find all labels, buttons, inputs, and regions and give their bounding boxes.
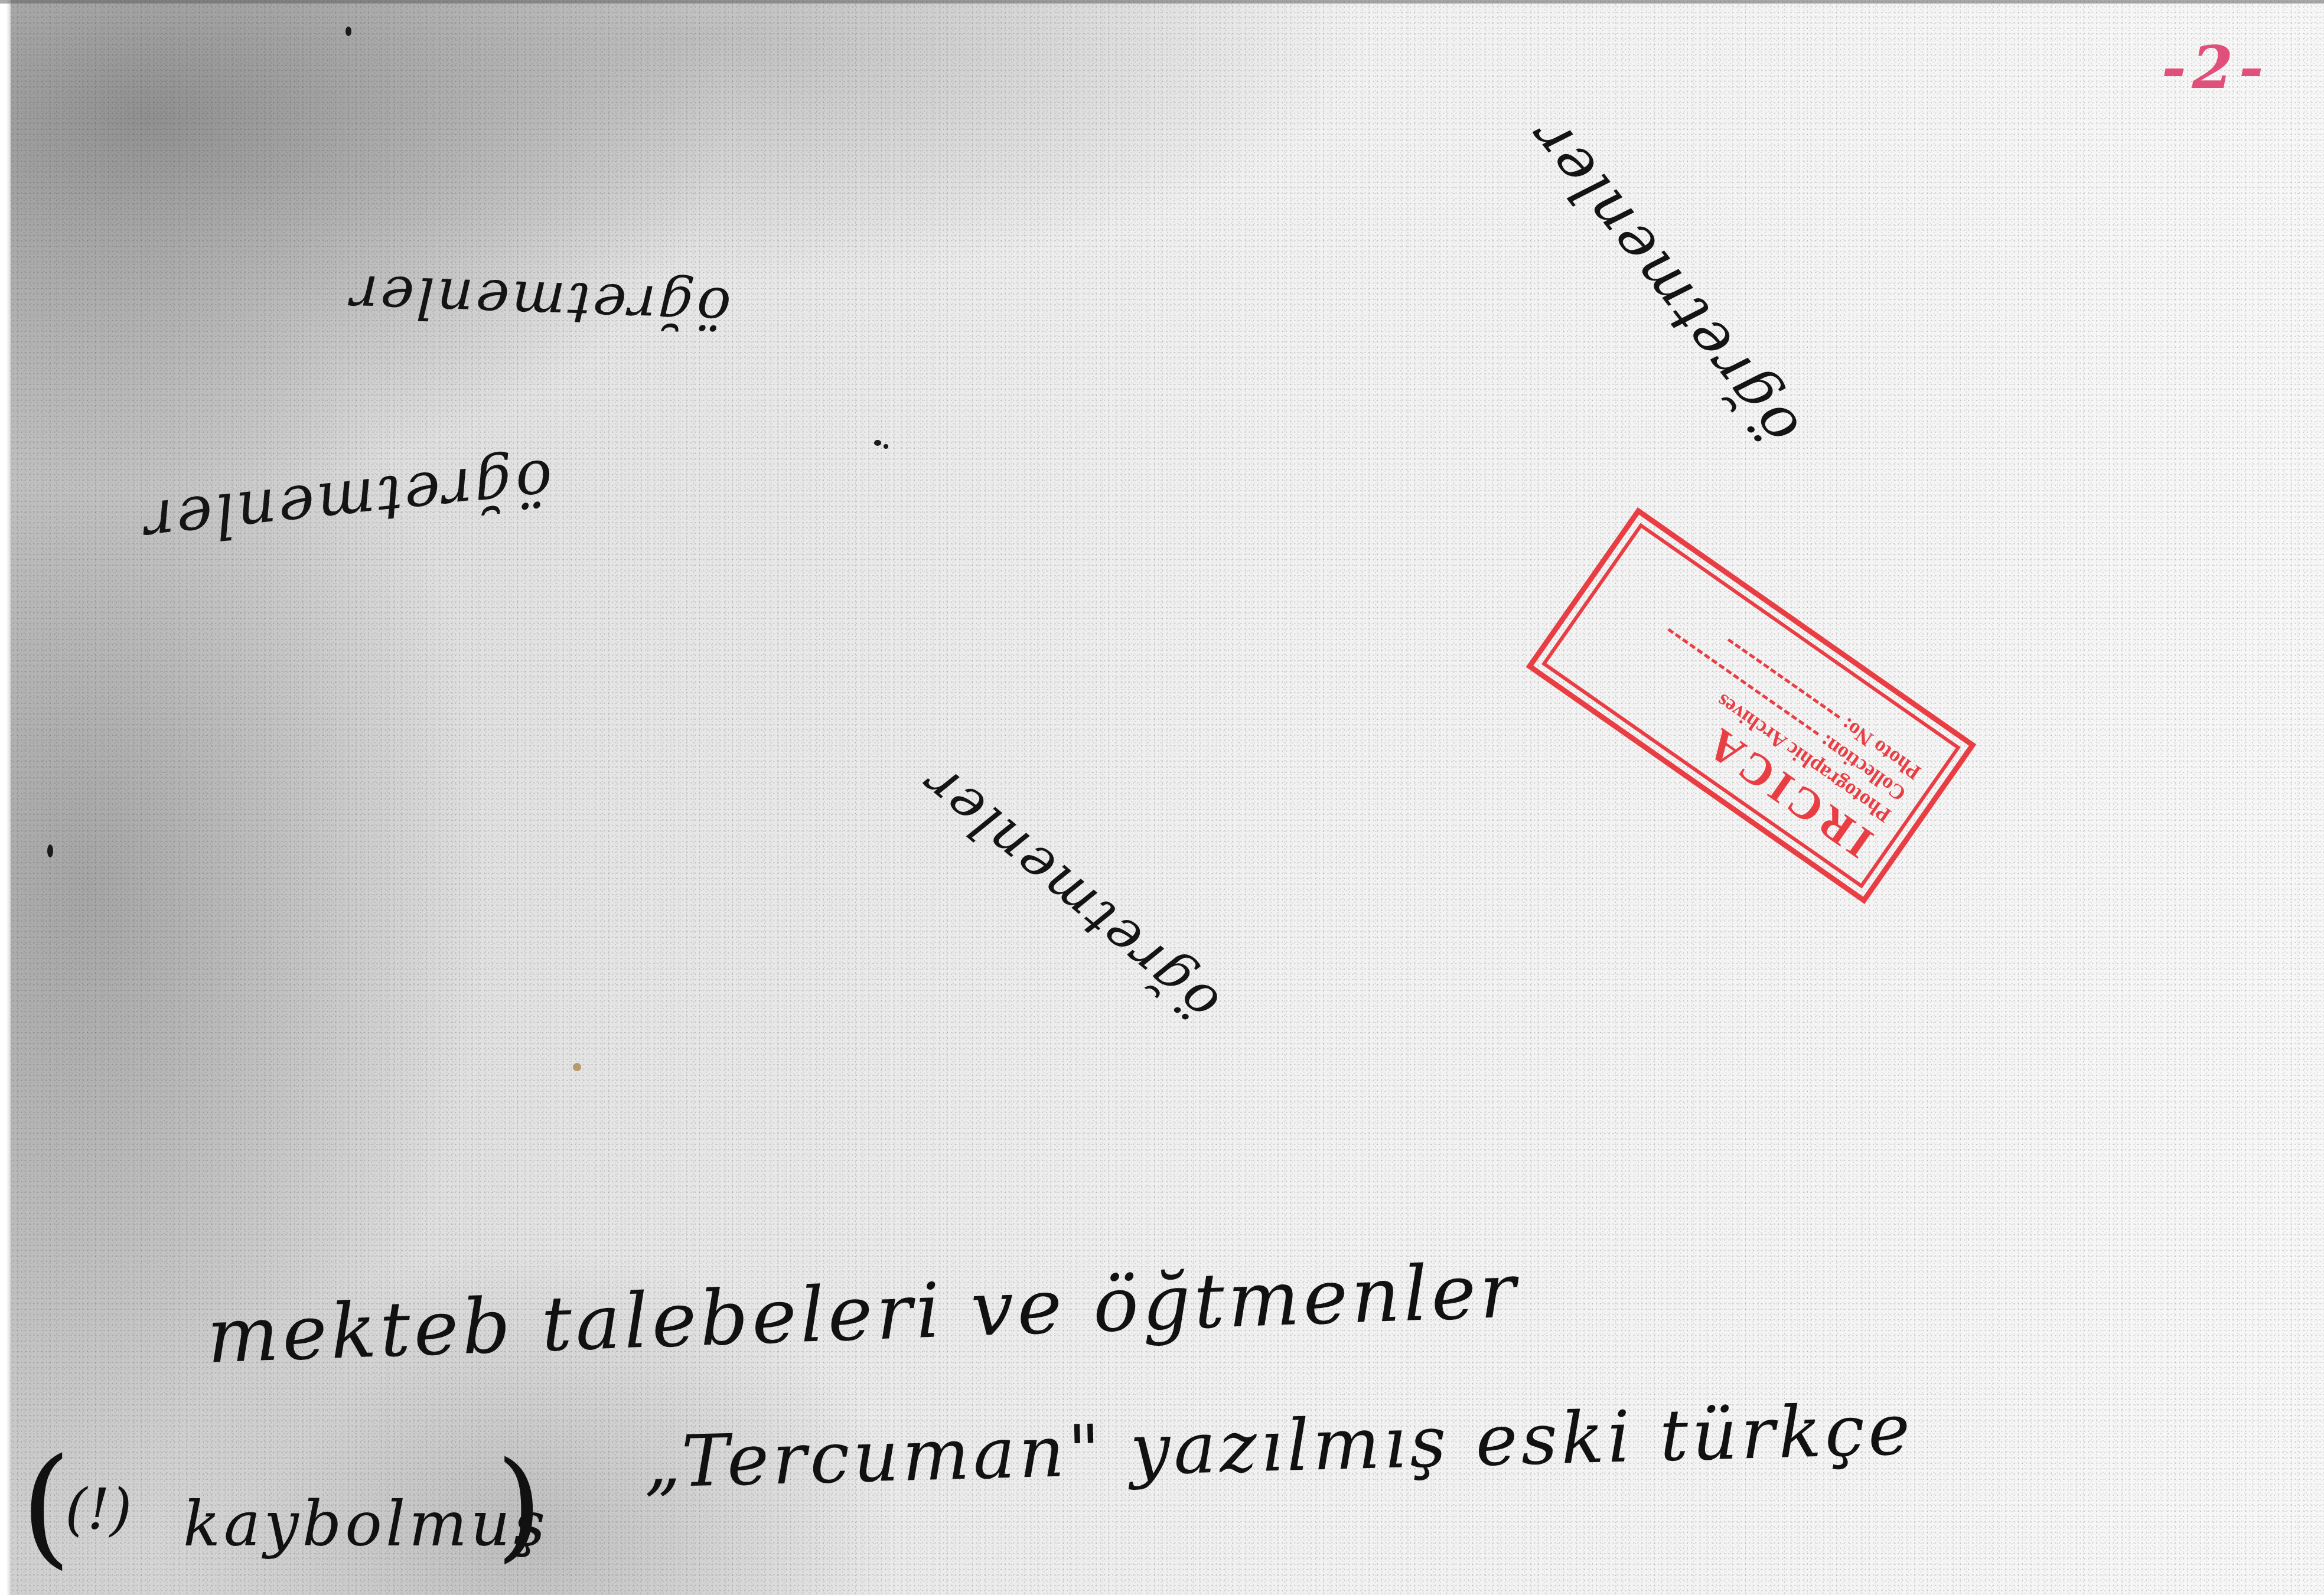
ink-speck — [573, 1063, 581, 1071]
ink-speck — [345, 27, 351, 36]
practice-writing-upside-down-1: öğretmenler — [347, 262, 732, 342]
note-close-paren: ) — [496, 1447, 542, 1565]
ink-speck — [884, 444, 888, 449]
ink-speck — [47, 844, 53, 857]
note-open-paren: ( — [21, 1441, 71, 1571]
ink-speck — [874, 440, 881, 446]
paper-top-edge — [0, 0, 2324, 4]
page-number-marker: -2- — [2162, 32, 2270, 102]
photo-back-sheet: -2- öğretmenler öğretmenler öğretmenler … — [0, 0, 2324, 1595]
note-text: kaybolmuş — [183, 1488, 549, 1560]
paper-left-edge — [0, 0, 11, 1595]
note-warning-symbol: (!) — [65, 1476, 132, 1542]
